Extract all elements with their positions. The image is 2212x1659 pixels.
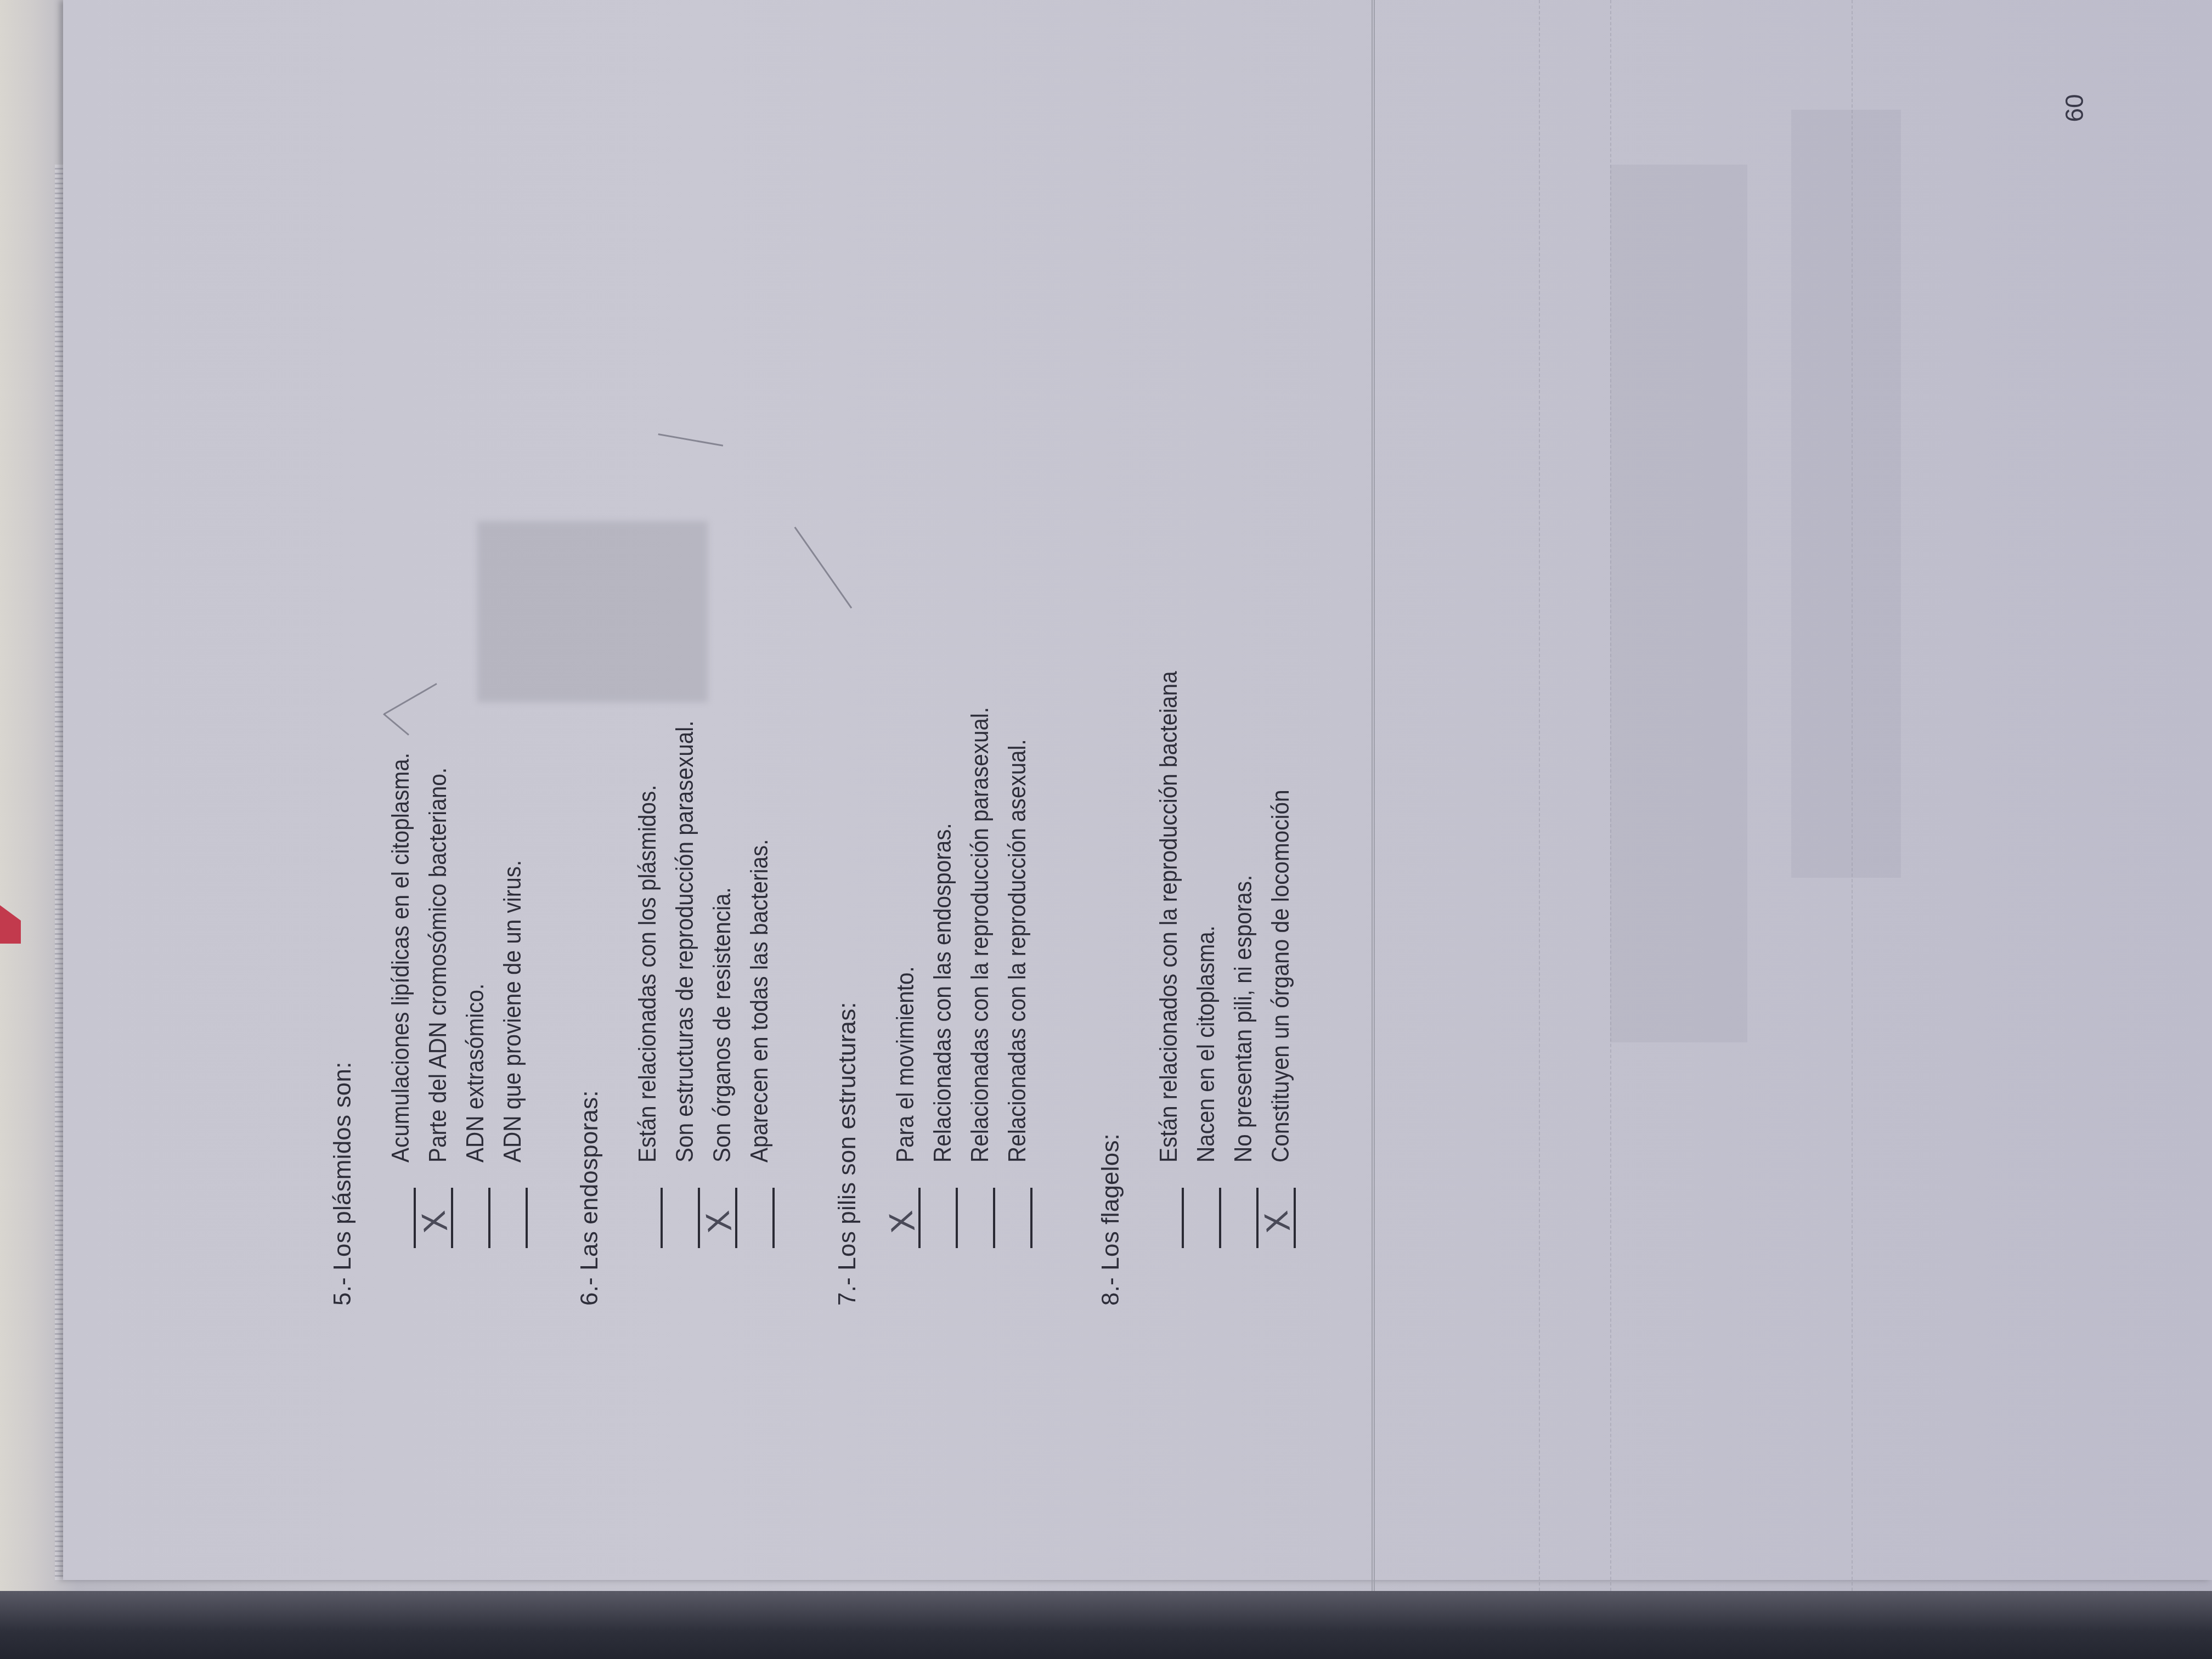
answer-blank[interactable] xyxy=(459,1188,490,1248)
option-text: Nacen en el citoplasma. xyxy=(1192,926,1221,1163)
options-list: Están relacionadas con los plásmidos. So… xyxy=(625,269,775,1311)
option-item: X Parte del ADN cromosómico bacteriano. xyxy=(416,269,453,1311)
options-list: X Para el movimiento. Relacionadas con l… xyxy=(883,269,1032,1311)
answer-blank[interactable] xyxy=(668,1188,700,1248)
option-item: Aparecen en todas las bacterias. xyxy=(737,269,775,1311)
question-7: 7.- Los pilis son estructuras: X Para el… xyxy=(834,269,1032,1311)
options-list: Acumulaciones lipídicas en el citoplasma… xyxy=(379,269,528,1311)
answer-blank[interactable] xyxy=(1152,1188,1184,1248)
answer-blank[interactable]: X xyxy=(889,1188,921,1248)
option-item: No presentan pili, ni esporas. xyxy=(1221,269,1259,1311)
option-text: Aparecen en todas las bacterias. xyxy=(745,839,775,1163)
check-mark: X xyxy=(702,1209,737,1234)
option-item: X Constituyen un órgano de locomoción xyxy=(1259,269,1296,1311)
answer-blank[interactable] xyxy=(384,1188,416,1248)
option-text: Constituyen un órgano de locomoción xyxy=(1266,789,1296,1163)
question-title: 6.- Las endosporas: xyxy=(576,269,603,1306)
option-item: Están relacionadas con los plásmidos. xyxy=(625,269,663,1311)
option-item: X Para el movimiento. xyxy=(883,269,921,1311)
answer-blank[interactable] xyxy=(1189,1188,1221,1248)
page-number: 60 xyxy=(2059,94,2089,122)
option-item: X Son órganos de resistencia. xyxy=(700,269,737,1311)
option-item: ADN que proviene de un virus. xyxy=(490,269,528,1311)
option-text: Son órganos de resistencia. xyxy=(708,887,737,1163)
answer-blank[interactable] xyxy=(1227,1188,1259,1248)
question-5: 5.- Los plásmidos son: Acumulaciones lip… xyxy=(329,269,528,1311)
option-item: Relacionadas con la reproducción asexual… xyxy=(995,269,1032,1311)
question-title: 7.- Los pilis son estructuras: xyxy=(834,269,861,1306)
answer-blank[interactable] xyxy=(963,1188,995,1248)
option-text: Son estructuras de reproducción parasexu… xyxy=(670,720,700,1163)
question-8: 8.- Los flagelos: Están relacionados con… xyxy=(1097,269,1296,1311)
option-text: Relacionadas con la reproducción parasex… xyxy=(966,707,995,1163)
check-mark: X xyxy=(418,1209,453,1234)
photo-background: 5.- Los plásmidos son: Acumulaciones lip… xyxy=(0,0,2212,1659)
options-list: Están relacionados con la reproducción b… xyxy=(1147,269,1296,1311)
option-text: Parte del ADN cromosómico bacteriano. xyxy=(424,768,453,1163)
bleed-through-text xyxy=(1791,110,1901,878)
option-item: Relacionadas con las endosporas. xyxy=(921,269,958,1311)
option-text: Están relacionadas con los plásmidos. xyxy=(633,785,663,1163)
check-mark: X xyxy=(1261,1209,1295,1234)
question-6: 6.- Las endosporas: Están relacionadas c… xyxy=(576,269,775,1311)
answer-blank[interactable] xyxy=(926,1188,958,1248)
answer-blank[interactable] xyxy=(1001,1188,1032,1248)
option-text: Relacionadas con las endosporas. xyxy=(928,823,958,1163)
answer-blank[interactable] xyxy=(743,1188,775,1248)
option-text: Están relacionados con la reproducción b… xyxy=(1154,671,1184,1163)
question-title: 5.- Los plásmidos son: xyxy=(329,269,357,1306)
option-item: ADN extrasómico. xyxy=(453,269,490,1311)
option-item: Acumulaciones lipídicas en el citoplasma… xyxy=(379,269,416,1311)
red-bookmark-tab xyxy=(0,905,21,944)
option-item: Nacen en el citoplasma. xyxy=(1184,269,1221,1311)
check-mark: X xyxy=(885,1209,920,1234)
bleed-through-text xyxy=(1610,165,1747,1042)
option-item: Están relacionados con la reproducción b… xyxy=(1147,269,1184,1311)
answer-blank[interactable]: X xyxy=(421,1188,453,1248)
option-text: Relacionadas con la reproducción asexual… xyxy=(1003,739,1032,1163)
answer-blank[interactable]: X xyxy=(1264,1188,1296,1248)
answer-blank[interactable]: X xyxy=(706,1188,737,1248)
bleed-through-line xyxy=(1539,0,1540,1602)
question-title: 8.- Los flagelos: xyxy=(1097,269,1125,1306)
worksheet-content: 5.- Los plásmidos son: Acumulaciones lip… xyxy=(329,269,1372,1311)
answer-blank[interactable] xyxy=(496,1188,528,1248)
answer-blank[interactable] xyxy=(631,1188,663,1248)
option-text: ADN extrasómico. xyxy=(461,984,490,1163)
option-text: Para el movimiento. xyxy=(891,966,921,1163)
option-item: Son estructuras de reproducción parasexu… xyxy=(663,269,700,1311)
page-rule xyxy=(1372,0,1376,1602)
option-text: No presentan pili, ni esporas. xyxy=(1229,875,1259,1163)
option-item: Relacionadas con la reproducción parasex… xyxy=(958,269,995,1311)
option-text: ADN que proviene de un virus. xyxy=(498,860,528,1163)
option-text: Acumulaciones lipídicas en el citoplasma… xyxy=(386,753,416,1163)
desk-surface xyxy=(0,1591,2212,1659)
